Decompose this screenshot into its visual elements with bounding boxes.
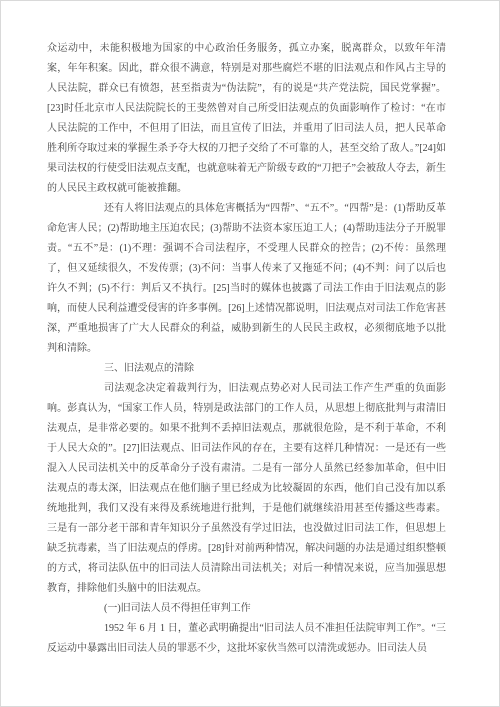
paragraph-continuation-old-law-harm: 众运动中，未能积极地为国家的中心政治任务服务，孤立办案，脱离群众，以致年年清案，… [47,39,446,199]
document-body: 众运动中，未能积极地为国家的中心政治任务服务，孤立办案，脱离群众，以致年年清案，… [47,39,446,659]
subsection-heading-old-judicial-personnel: (一)旧司法人员不得担任审判工作 [47,599,446,619]
paragraph-peng-zhen-three-situations: 司法观念决定着裁判行为，旧法观点势必对人民司法工作产生严重的负面影响。彭真认为，… [47,379,446,599]
section-heading-clearing-old-law-views: 三、旧法观点的清除 [47,359,446,379]
paragraph-four-helps-five-nots: 还有人将旧法观点的具体危害概括为“四帮”、“五不”。“四帮”是：(1)帮助反革命… [47,199,446,359]
paragraph-dong-biwu-1952: 1952 年 6 月 1 日，董必武明确提出“旧司法人员不准担任法院审判工作”。… [47,619,446,659]
document-page: 众运动中，未能积极地为国家的中心政治任务服务，孤立办案，脱离群众，以致年年清案，… [0,0,500,707]
